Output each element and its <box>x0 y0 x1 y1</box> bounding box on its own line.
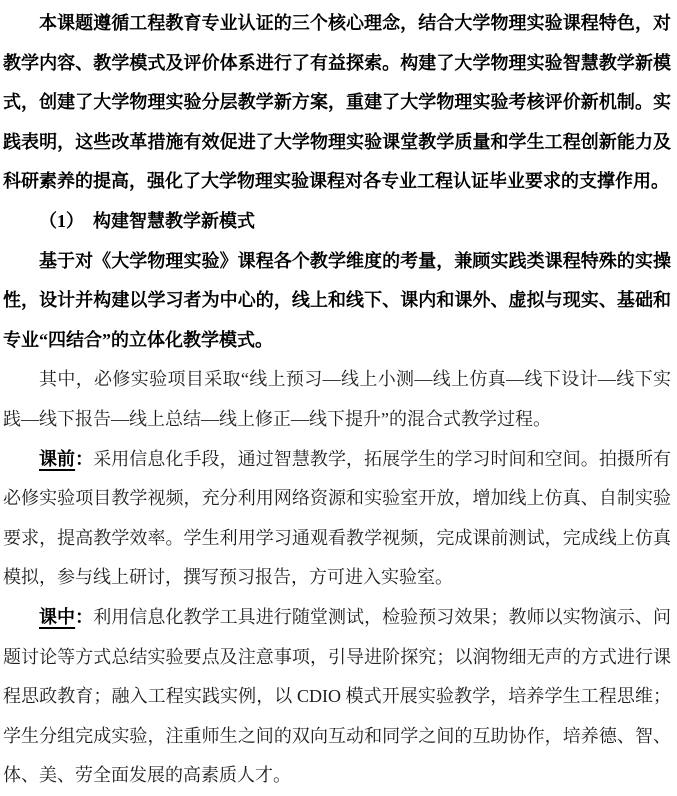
in-class-lead-colon: ： <box>75 607 93 627</box>
paragraph-mode-overview: 基于对《大学物理实验》课程各个教学维度的考量，兼顾实践类课程特殊的实操性，设计并… <box>3 242 671 361</box>
document-page: 本课题遵循工程教育专业认证的三个核心理念，结合大学物理实验课程特色，对教学内容、… <box>0 0 677 796</box>
before-class-lead-colon: ： <box>75 449 93 469</box>
paragraph-before-class: 课前：采用信息化手段，通过智慧教学，拓展学生的学习时间和空间。拍摄所有必修实验项… <box>3 440 671 598</box>
before-class-text: 采用信息化手段，通过智慧教学，拓展学生的学习时间和空间。拍摄所有必修实验项目教学… <box>3 449 671 588</box>
in-class-text: 利用信息化教学工具进行随堂测试，检验预习效果；教师以实物演示、问题讨论等方式总结… <box>3 607 671 785</box>
paragraph-abstract: 本课题遵循工程教育专业认证的三个核心理念，结合大学物理实验课程特色，对教学内容、… <box>3 4 671 202</box>
document-body: { "page": { "background": "#ffffff", "te… <box>0 0 677 796</box>
in-class-lead-term: 课中 <box>39 607 75 627</box>
section-heading: （1） 构建智慧教学新模式 <box>3 202 671 242</box>
before-class-lead-term: 课前 <box>39 449 75 469</box>
paragraph-blended-process: 其中，必修实验项目采取“线上预习—线上小测—线上仿真—线下设计—线下实践—线下报… <box>3 360 671 439</box>
paragraph-in-class: 课中：利用信息化教学工具进行随堂测试，检验预习效果；教师以实物演示、问题讨论等方… <box>3 598 671 796</box>
